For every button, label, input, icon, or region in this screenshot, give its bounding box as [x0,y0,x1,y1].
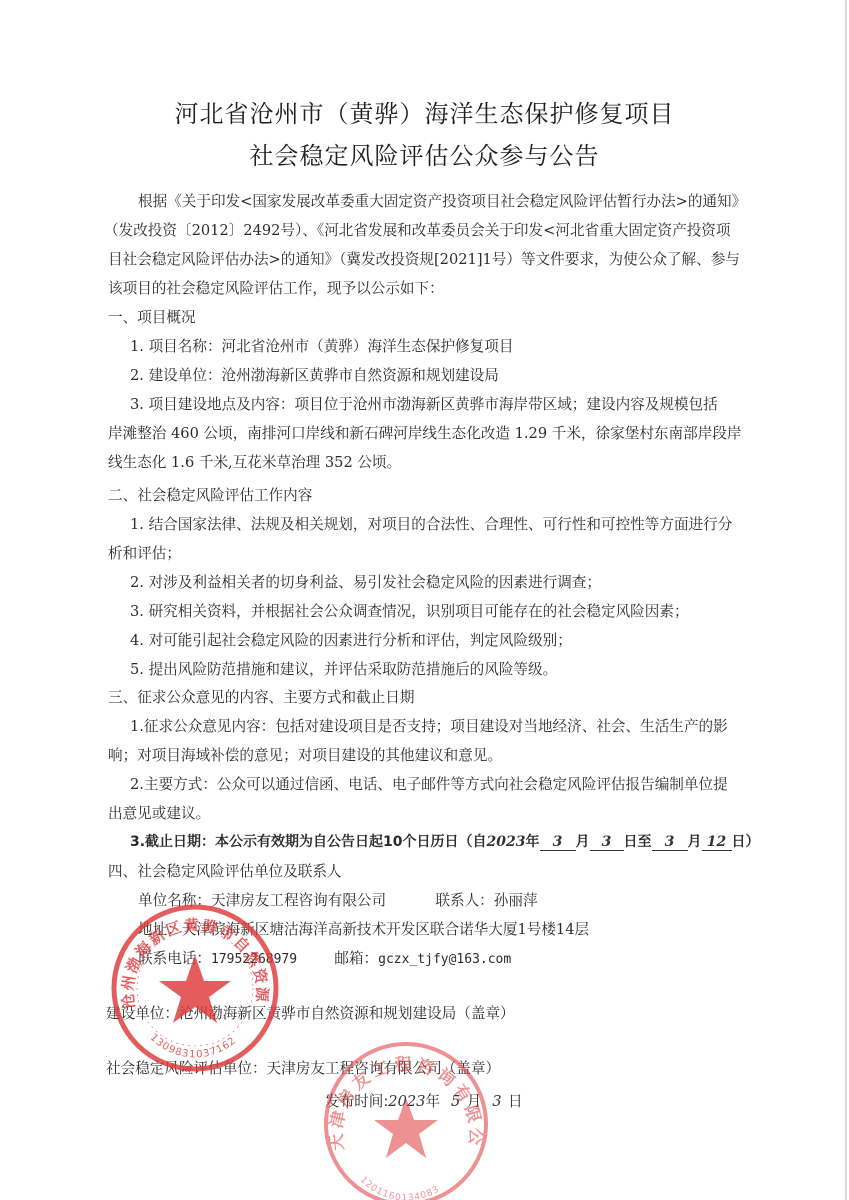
deadline-to: 日至 [624,834,652,850]
section1-item-3-cont-1: 岸滩整治 460 公顷，南排河口岸线和新石碑河岸线生态化改造 1.29 千米，徐… [108,422,741,443]
document-title-line1: 河北省沧州市（黄骅）海洋生态保护修复项目 [0,94,849,129]
section4-heading: 四、社会稳定风险评估单位及联系人 [108,860,342,881]
deadline-end-day: 12 [702,834,732,851]
deadline-year-suffix: 年 [526,834,540,850]
scan-edge-line [845,0,847,1200]
deadline-prefix: 3.截止日期：本公示有效期为自公告日起10个日历日（自 [130,834,487,850]
section3-item-3: 3.截止日期：本公示有效期为自公告日起10个日历日（自2023年3月3日至3月1… [130,831,760,851]
deadline-end: 日） [732,834,760,850]
section2-item-1-cont: 析和评估； [108,542,181,563]
deadline-end-month-suffix: 月 [688,834,702,850]
section1-item-1: 1. 项目名称：河北省沧州市（黄骅）海洋生态保护修复项目 [130,335,513,356]
section2-item-2: 2. 对涉及利益相关者的切身利益、易引发社会稳定风险的因素进行调查； [130,571,601,592]
email-address: gczx_tjfy@163.com [378,952,511,967]
section3-item-1: 1.征求公众意见内容：包括对建设项目是否支持；项目建设对当地经济、社会、生活生产… [130,715,728,736]
deadline-end-month: 3 [652,834,688,851]
publish-day-suffix: 日 [508,1093,523,1110]
section2-heading: 二、社会稳定风险评估工作内容 [108,484,312,505]
deadline-year-handwritten: 2023 [487,834,526,850]
deadline-start-month: 3 [540,834,576,851]
section3-heading: 三、征求公众意见的内容、主要方式和截止日期 [108,686,414,707]
document-page: 河北省沧州市（黄骅）海洋生态保护修复项目 社会稳定风险评估公众参与公告 根据《关… [0,0,849,1200]
section1-item-3: 3. 项目建设地点及内容：项目位于沧州市渤海新区黄骅市海岸带区域；建设内容及规模… [130,393,718,414]
section2-item-1: 1. 结合国家法律、法规及相关规划，对项目的合法性、合理性、可行性和可控性等方面… [130,513,732,534]
email-label: 邮箱： [334,950,378,967]
intro-line-3: 目社会稳定风险评估办法>的通知》（冀发改投资规[2021]1号）等文件要求，为使… [108,248,740,269]
section1-item-3-cont-2: 线生态化 1.6 千米,互花米草治理 352 公顷。 [108,451,401,472]
section3-item-2-cont: 出意见或建议。 [108,802,210,823]
official-seal-assessor: 天津房友工程咨询有限公司 1201160134083 [322,1040,490,1200]
official-seal-builder: 沧州渤海新区黄骅市自然资源和规划建设局 1309831037162 [110,903,280,1073]
section1-heading: 一、项目概况 [108,306,196,327]
section1-item-2: 2. 建设单位：沧州渤海新区黄骅市自然资源和规划建设局 [130,364,499,385]
section2-item-4: 4. 对可能引起社会稳定风险的因素进行分析和评估，判定风险级别； [130,629,572,650]
section3-item-2: 2.主要方式：公众可以通过信函、电话、电子邮件等方式向社会稳定风险评估报告编制单… [130,773,728,794]
deadline-start-day: 3 [590,834,624,851]
section2-item-5: 5. 提出风险防范措施和建议，并评估采取防范措施后的风险等级。 [130,658,557,679]
svg-text:1309831037162: 1309831037162 [148,1032,239,1060]
intro-line-4: 该项目的社会稳定风险评估工作，现予以公示如下： [108,277,444,298]
section3-item-1-cont: 响；对项目海域补偿的意见；对项目建设的其他建议和意见。 [108,744,502,765]
contact-person: 联系人：孙丽萍 [435,892,537,909]
section2-item-3: 3. 研究相关资料，并根据社会公众调查情况，识别项目可能存在的社会稳定风险因素； [130,600,689,621]
intro-line-1: 根据《关于印发<国家发展改革委重大固定资产投资项目社会稳定风险评估暂行办法>的通… [138,190,746,211]
document-title-line2: 社会稳定风险评估公众参与公告 [0,136,849,171]
intro-line-2: （发改投资〔2012〕2492号）、《河北省发展和改革委员会关于印发<河北省重大… [104,219,730,240]
deadline-month-suffix: 月 [576,834,590,850]
